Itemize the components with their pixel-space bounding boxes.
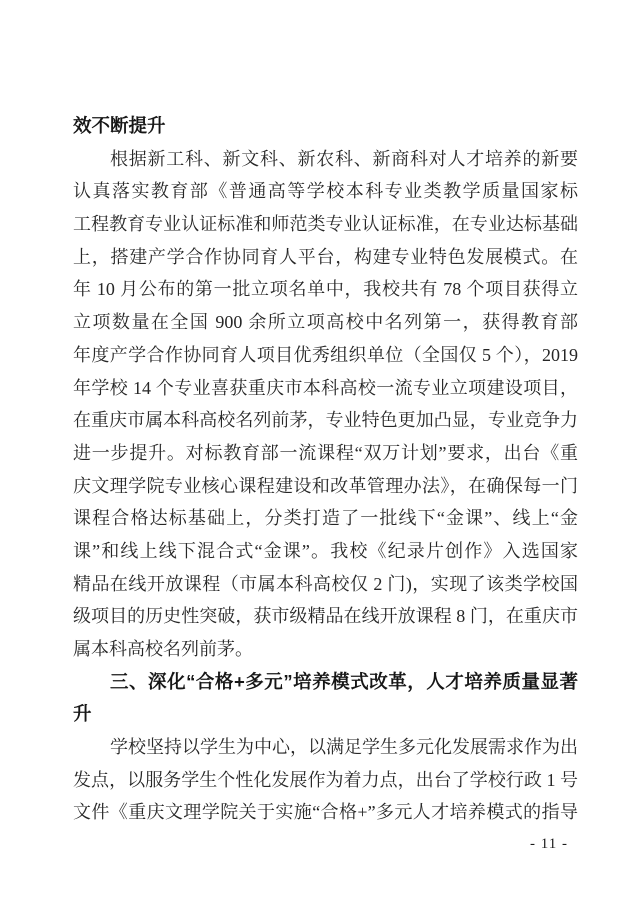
paragraph1-line: 精品在线开放课程（市属本科高校仅 2 门)，实现了该类学校国家 <box>73 568 578 601</box>
paragraph1-line: 进一步提升。对标教育部一流课程“双万计划”要求，出台《重 <box>73 437 578 470</box>
paragraph1-line: 年学校 14 个专业喜获重庆市本科高校一流专业立项建设项目， <box>73 372 578 405</box>
paragraph1-line: 年度产学合作协同育人项目优秀组织单位（全国仅 5 个），2019 <box>73 339 578 372</box>
paragraph1-line: 工程教育专业认证标准和师范类专业认证标准，在专业达标基础 <box>73 208 578 241</box>
text-block: 效不断提升 根据新工科、新文科、新农科、新商科对人才培养的新要求， 认真落实教育… <box>73 110 578 829</box>
page-number: - 11 - <box>520 834 578 854</box>
paragraph1-line: 课”和线上线下混合式“金课”。我校《纪录片创作》入选国家 <box>73 535 578 568</box>
paragraph2-line: 学校坚持以学生为中心，以满足学生多元化发展需求作为出 <box>73 731 578 764</box>
paragraph1-line: 课程合格达标基础上，分类打造了一批线下“金课”、线上“金 <box>73 502 578 535</box>
paragraph2-line: 发点，以服务学生个性化发展作为着力点，出台了学校行政 1 号 <box>73 764 578 797</box>
paragraph1-line: 属本科高校名列前茅。 <box>73 633 578 666</box>
section-heading-line1: 三、深化“合格+多元”培养模式改革，人才培养质量显著提 <box>73 666 578 699</box>
continuation-heading: 效不断提升 <box>73 110 578 143</box>
paragraph1-line: 级项目的历史性突破，获市级精品在线开放课程 8 门，在重庆市 <box>73 600 578 633</box>
section-heading-line2: 升 <box>73 698 578 731</box>
paragraph1-line: 立项数量在全国 900 余所立项高校中名列第一，获得教育部 2018 <box>73 306 578 339</box>
document-page: 效不断提升 根据新工科、新文科、新农科、新商科对人才培养的新要求， 认真落实教育… <box>0 0 643 907</box>
paragraph1-line: 认真落实教育部《普通高等学校本科专业类教学质量国家标准》、 <box>73 175 578 208</box>
paragraph2-line: 文件《重庆文理学院关于实施“合格+”多元人才培养模式的指导 <box>73 796 578 829</box>
paragraph1-line: 年 10 月公布的第一批立项名单中，我校共有 78 个项目获得立项， <box>73 273 578 306</box>
paragraph1-line: 根据新工科、新文科、新农科、新商科对人才培养的新要求， <box>73 143 578 176</box>
paragraph1-line: 庆文理学院专业核心课程建设和改革管理办法》，在确保每一门 <box>73 470 578 503</box>
paragraph1-line: 上，搭建产学合作协同育人平台，构建专业特色发展模式。在 2018 <box>73 241 578 274</box>
paragraph1-line: 在重庆市属本科高校名列前茅，专业特色更加凸显，专业竞争力 <box>73 404 578 437</box>
